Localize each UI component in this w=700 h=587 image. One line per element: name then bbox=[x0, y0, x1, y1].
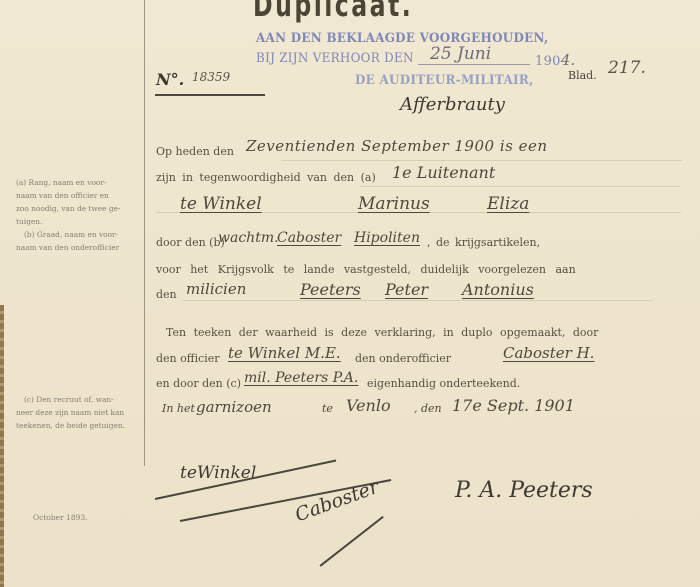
stamp-date-handwritten: 25 Juni bbox=[430, 44, 491, 64]
rule-2 bbox=[360, 186, 680, 187]
stamp-line-3: DE AUDITEUR-MILITAIR, bbox=[355, 73, 534, 88]
document-date: 17e Sept. 1901 bbox=[452, 396, 575, 415]
stamp-year-handwritten: 4. bbox=[561, 51, 576, 69]
recruit-short-name: mil. Peeters P.A. bbox=[244, 370, 358, 386]
body-line-8-printed-a: den officier bbox=[156, 352, 220, 365]
recruit-surname: Peeters bbox=[300, 280, 361, 299]
margin-divider bbox=[144, 0, 145, 466]
margin-note-a-line: naam van den officier en bbox=[16, 189, 120, 202]
body-line-10-printed-b: te bbox=[322, 402, 333, 415]
margin-note-a-line: (a) Rang, naam en voor- bbox=[16, 176, 120, 189]
stamp-year: 1904. bbox=[535, 51, 576, 69]
margin-note-c: (c) Den recruut of, wan- neer deze zijn … bbox=[16, 393, 125, 432]
body-line-10-printed-c: , den bbox=[414, 402, 442, 415]
number-underline bbox=[155, 94, 265, 96]
stamp-date: 25 Juni bbox=[430, 44, 491, 64]
stamp-line-2: BIJ ZIJN VERHOOR DEN bbox=[256, 51, 414, 66]
body-line-10-printed-a: In het bbox=[162, 402, 195, 415]
number-value: 18359 bbox=[192, 70, 230, 84]
binding-edge bbox=[0, 305, 4, 587]
rule-1 bbox=[282, 160, 682, 161]
document-title: Duplicaat. bbox=[253, 0, 413, 24]
body-line-2-handwritten: 1e Luitenant bbox=[392, 163, 495, 182]
rule-6 bbox=[183, 300, 653, 301]
recruit-middlename: Antonius bbox=[462, 280, 534, 299]
margin-note-a-line: tuigen. bbox=[16, 215, 120, 228]
nco-rank: wachtm. bbox=[218, 230, 279, 246]
officer-short-name: te Winkel M.E. bbox=[228, 344, 341, 362]
stamp-date-line bbox=[418, 64, 530, 65]
garrison-label: garnizoen bbox=[196, 398, 272, 416]
nco-firstname: Hipoliten bbox=[354, 230, 420, 246]
margin-note-b-line: naam van den onderofficier bbox=[16, 241, 120, 254]
nco-signature-underline bbox=[320, 516, 384, 566]
body-line-1-printed: Op heden den bbox=[156, 145, 234, 158]
blad-value: 217. bbox=[608, 58, 646, 78]
margin-note-c-line: teekenen, de beide getuigen. bbox=[16, 419, 125, 432]
number-label: N°. bbox=[156, 70, 184, 89]
officer-middlename: Eliza bbox=[487, 194, 529, 214]
garrison-city: Venlo bbox=[346, 396, 391, 415]
officer-surname: te Winkel bbox=[180, 194, 262, 214]
body-line-1-handwritten: Zeventienden September 1900 is een bbox=[246, 137, 548, 155]
body-line-2-printed: zijn in tegenwoordigheid van den (a) bbox=[156, 171, 376, 184]
nco-signature: Caboster bbox=[292, 476, 381, 526]
body-line-4-printed-post: , de krijgsartikelen, bbox=[427, 236, 540, 249]
margin-note-c-line: neer deze zijn naam niet kan bbox=[16, 406, 125, 419]
body-line-8-printed-b: den onderofficier bbox=[355, 352, 451, 365]
form-date: October 1893. bbox=[33, 511, 88, 524]
stamp-line-1: AAN DEN BEKLAAGDE VOORGEHOUDEN, bbox=[256, 31, 548, 46]
auditeur-signature: Afferbrauty bbox=[400, 94, 505, 115]
body-line-4-printed-pre: door den (b) bbox=[156, 236, 225, 249]
margin-note-c-line: (c) Den recruut of, wan- bbox=[16, 393, 125, 406]
body-line-7-printed: Ten teeken der waarheid is deze verklari… bbox=[166, 326, 598, 339]
stamp-line-2-prefix: BIJ ZIJN VERHOOR DEN bbox=[256, 51, 414, 66]
margin-note-b-line: (b) Graad, naam en voor- bbox=[16, 228, 120, 241]
document-page: Duplicaat. AAN DEN BEKLAAGDE VOORGEHOUDE… bbox=[0, 0, 700, 587]
recruit-rank: milicien bbox=[186, 280, 246, 298]
stamp-year-printed: 190 bbox=[535, 54, 561, 69]
nco-surname: Caboster bbox=[277, 230, 341, 246]
margin-note-a-line: zoo noodig, van de twee ge- bbox=[16, 202, 120, 215]
body-line-5-printed: voor het Krijgsvolk te lande vastgesteld… bbox=[156, 263, 576, 276]
officer-firstname: Marinus bbox=[358, 194, 430, 214]
recruit-firstname: Peter bbox=[385, 280, 428, 299]
body-line-9-printed-b: eigenhandig onderteekend. bbox=[367, 377, 520, 390]
body-line-6-printed: den bbox=[156, 288, 177, 301]
body-line-9-printed-a: en door den (c) bbox=[156, 377, 241, 390]
nco-short-name: Caboster H. bbox=[503, 344, 594, 362]
recruit-signature: P. A. Peeters bbox=[455, 478, 593, 503]
margin-note-a: (a) Rang, naam en voor- naam van den off… bbox=[16, 176, 120, 254]
blad-label: Blad. bbox=[568, 69, 597, 82]
